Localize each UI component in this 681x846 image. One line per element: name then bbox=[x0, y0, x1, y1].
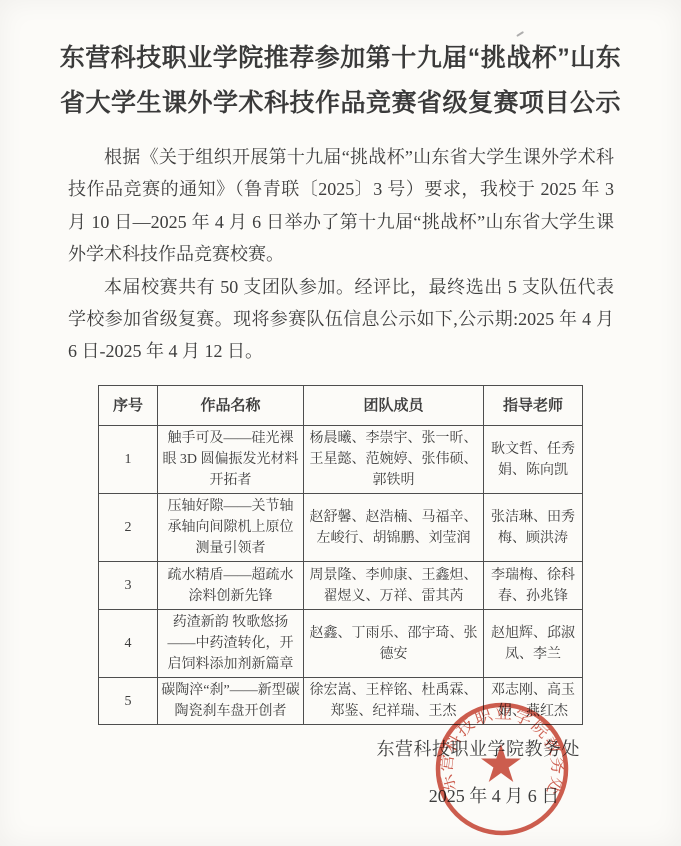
row-no: 3 bbox=[99, 562, 158, 610]
row-work-title: 疏水精盾——超疏水涂料创新先锋 bbox=[158, 562, 304, 610]
table-header-row: 序号 作品名称 团队成员 指导老师 bbox=[99, 386, 583, 426]
row-no: 2 bbox=[99, 494, 158, 562]
document-body: 根据《关于组织开展第十九届“挑战杯”山东省大学生课外学术科技作品竞赛的通知》（鲁… bbox=[68, 141, 614, 368]
row-work-title: 压轴好隙——关节轴承轴向间隙机上原位测量引领者 bbox=[158, 494, 304, 562]
header-work-title: 作品名称 bbox=[158, 386, 304, 426]
table-row: 1 触手可及——硅光裸眼 3D 圆偏振发光材料开拓者 杨晨曦、李崇宇、张一昕、王… bbox=[99, 426, 583, 494]
row-members: 周景隆、李帅康、王鑫炟、翟煜义、万祥、雷其芮 bbox=[304, 562, 484, 610]
page-title-line-2: 省大学生课外学术科技作品竞赛省级复赛项目公示 bbox=[60, 89, 621, 117]
table-row: 4 药渣新韵 牧歌悠扬——中药渣转化，开启饲料添加剂新篇章 赵鑫、丁雨乐、邵宇琦… bbox=[99, 610, 583, 678]
table-row: 2 压轴好隙——关节轴承轴向间隙机上原位测量引领者 赵舒馨、赵浩楠、马福辛、左峻… bbox=[99, 494, 583, 562]
row-no: 1 bbox=[99, 426, 158, 494]
row-work-title: 碳陶淬“刹”——新型碳陶瓷刹车盘开创者 bbox=[158, 678, 304, 725]
document-page: 东营科技职业学院推荐参加第十九届“挑战杯”山东 省大学生课外学术科技作品竞赛省级… bbox=[0, 0, 681, 846]
row-teachers: 邓志刚、高玉娟、燕红杰 bbox=[484, 678, 583, 725]
row-teachers: 张洁琳、田秀梅、顾洪涛 bbox=[484, 494, 583, 562]
teams-table: 序号 作品名称 团队成员 指导老师 1 触手可及——硅光裸眼 3D 圆偏振发光材… bbox=[98, 385, 583, 725]
row-no: 5 bbox=[99, 678, 158, 725]
row-teachers: 李瑞梅、徐科春、孙兆锋 bbox=[484, 562, 583, 610]
row-teachers: 赵旭辉、邱淑凤、李兰 bbox=[484, 610, 583, 678]
signature-org: 东营科技职业学院教务处 bbox=[377, 735, 581, 761]
row-no: 4 bbox=[99, 610, 158, 678]
row-members: 赵鑫、丁雨乐、邵宇琦、张德安 bbox=[304, 610, 484, 678]
table-row: 5 碳陶淬“刹”——新型碳陶瓷刹车盘开创者 徐宏嵩、王梓铭、杜禹霖、郑鉴、纪祥瑞… bbox=[99, 678, 583, 725]
paragraph-2: 本届校赛共有 50 支团队参加。经评比，最终选出 5 支队伍代表学校参加省级复赛… bbox=[68, 271, 614, 368]
row-teachers: 耿文哲、任秀娟、陈向凯 bbox=[484, 426, 583, 494]
table-row: 3 疏水精盾——超疏水涂料创新先锋 周景隆、李帅康、王鑫炟、翟煜义、万祥、雷其芮… bbox=[99, 562, 583, 610]
row-members: 赵舒馨、赵浩楠、马福辛、左峻行、胡锦鹏、刘莹润 bbox=[304, 494, 484, 562]
header-members: 团队成员 bbox=[304, 386, 484, 426]
row-work-title: 触手可及——硅光裸眼 3D 圆偏振发光材料开拓者 bbox=[158, 426, 304, 494]
page-title-line-1: 东营科技职业学院推荐参加第十九届“挑战杯”山东 bbox=[60, 44, 622, 72]
row-members: 徐宏嵩、王梓铭、杜禹霖、郑鉴、纪祥瑞、王杰 bbox=[304, 678, 484, 725]
header-teachers: 指导老师 bbox=[484, 386, 583, 426]
header-no: 序号 bbox=[99, 386, 158, 426]
page-title: 东营科技职业学院推荐参加第十九届“挑战杯”山东 省大学生课外学术科技作品竞赛省级… bbox=[0, 36, 681, 126]
paragraph-1: 根据《关于组织开展第十九届“挑战杯”山东省大学生课外学术科技作品竞赛的通知》（鲁… bbox=[68, 141, 614, 271]
row-members: 杨晨曦、李崇宇、张一昕、王星懿、范婉婷、张伟硕、郭铁明 bbox=[304, 426, 484, 494]
row-work-title: 药渣新韵 牧歌悠扬——中药渣转化，开启饲料添加剂新篇章 bbox=[158, 610, 304, 678]
signature-date: 2025 年 4 月 6 日 bbox=[424, 782, 564, 808]
